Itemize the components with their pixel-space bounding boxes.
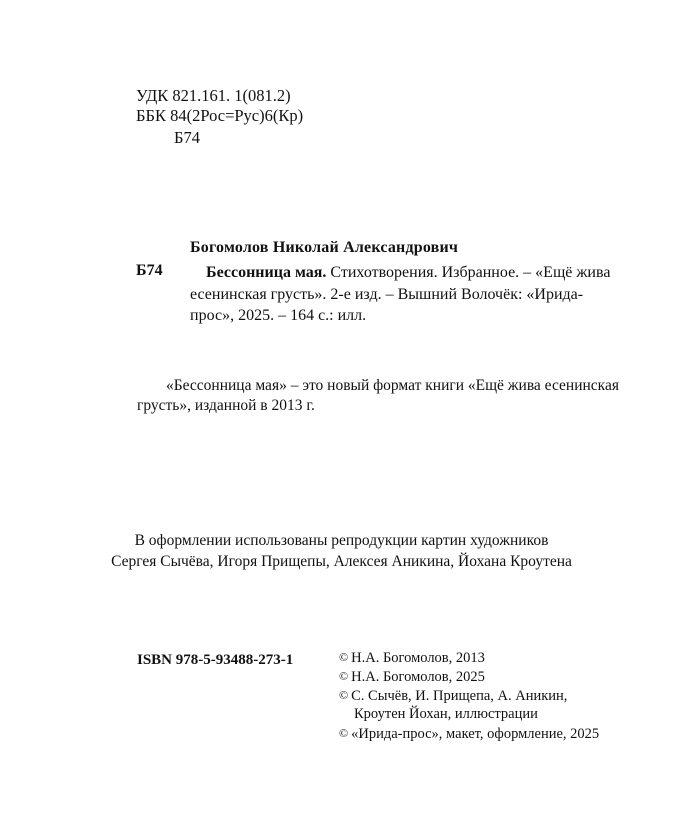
copyright-entry: ©«Ирида-прос», макет, оформление, 2025 [339, 724, 599, 744]
copyright-text: Н.А. Богомолов, 2025 [351, 669, 485, 685]
copyright-icon: © [339, 650, 348, 664]
copyright-icon: © [339, 688, 348, 702]
annotation-line-1: «Бессонница мая» – это новый формат книг… [166, 376, 619, 396]
annotation-line-2: грусть», изданной в 2013 г. [137, 396, 315, 416]
illustrations-credit-line-2: Сергея Сычёва, Игоря Прищепы, Алексея Ан… [0, 551, 687, 572]
bbk-code: ББК 84(2Рос=Рус)6(Кр) [136, 106, 303, 126]
bib-line-3: прос», 2025. – 164 с.: илл. [190, 305, 366, 327]
author-mark-top: Б74 [174, 128, 200, 148]
copyright-icon: © [339, 669, 348, 683]
author-name: Богомолов Николай Александрович [190, 239, 458, 257]
copyright-entry-continuation: Кроутен Йохан, иллюстрации [354, 705, 538, 724]
bib-line-1-rest: Стихотворения. Избранное. – «Ещё жива [326, 264, 610, 281]
copyright-icon: © [339, 726, 348, 740]
illustrations-credit-line-1: В оформлении использованы репродукции ка… [0, 530, 687, 551]
bib-line-2: есенинская грусть». 2-е изд. – Вышний Во… [190, 284, 582, 306]
copyright-text: С. Сычёв, И. Прищепа, А. Аникин, [351, 688, 567, 704]
book-title: Бессонница мая. [206, 264, 326, 281]
copyright-text: «Ирида-прос», макет, оформление, 2025 [351, 726, 599, 742]
author-mark: Б74 [136, 262, 163, 280]
udk-code: УДК 821.161. 1(081.2) [136, 86, 291, 106]
copyright-entry: ©Н.А. Богомолов, 2013 [339, 648, 485, 668]
copyright-text: Н.А. Богомолов, 2013 [351, 650, 485, 666]
isbn: ISBN 978-5-93488-273-1 [137, 652, 293, 669]
bib-line-1: Бессонница мая. Стихотворения. Избранное… [206, 262, 610, 284]
copyright-entry: ©Н.А. Богомолов, 2025 [339, 667, 485, 687]
copyright-entry: ©С. Сычёв, И. Прищепа, А. Аникин, [339, 686, 567, 706]
